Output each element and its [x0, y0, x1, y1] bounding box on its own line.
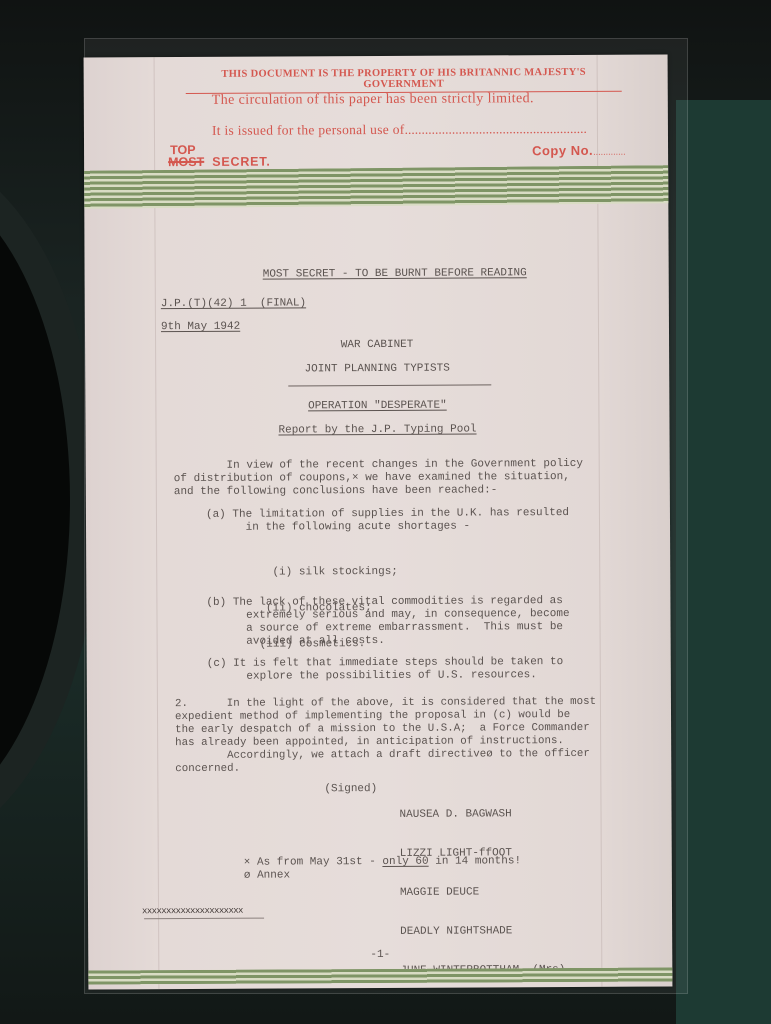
copy-blank: .............	[593, 147, 626, 157]
page-number: -1-	[88, 947, 672, 963]
issued-for-line: It is issued for the personal use of....…	[212, 121, 587, 139]
struck-out-underline	[144, 918, 264, 920]
circulation-notice: The circulation of this paper has been s…	[212, 91, 534, 109]
footnote-coupons: × As from May 31st - only 60 in 14 month…	[244, 855, 521, 869]
signatory: MAGGIE DEUCE	[400, 886, 565, 900]
background-panel	[676, 100, 771, 1024]
classification-secret: SECRET.	[212, 155, 270, 169]
copy-number: Copy No..............	[532, 143, 626, 158]
divider	[288, 384, 491, 386]
paragraph-c: (c) It is felt that immediate steps shou…	[207, 656, 564, 684]
org-name: WAR CABINET	[85, 337, 669, 353]
document-date: 9th May 1942	[161, 321, 240, 334]
document-page: THIS DOCUMENT IS THE PROPERTY OF HIS BRI…	[84, 54, 673, 989]
background-shadow	[0, 180, 70, 820]
header-stripes	[84, 165, 668, 209]
paragraph-2: 2. In the light of the above, it is cons…	[175, 696, 597, 776]
list-item: (i) silk stockings;	[256, 566, 398, 579]
report-byline: Report by the J.P. Typing Pool	[278, 423, 476, 436]
property-notice: THIS DOCUMENT IS THE PROPERTY OF HIS BRI…	[186, 67, 622, 94]
footnote-annex: ø Annex	[244, 869, 290, 882]
banner-most-secret: MOST SECRET - TO BE BURNT BEFORE READING	[263, 267, 527, 281]
operation-title: OPERATION "DESPERATE"	[308, 400, 447, 413]
document-reference: J.P.(T)(42) 1 (FINAL)	[161, 297, 306, 311]
classification-struck: MOST	[168, 155, 204, 169]
signed-label: (Signed)	[324, 783, 377, 796]
signatory: DEADLY NIGHTSHADE	[400, 925, 565, 939]
intro-paragraph: In view of the recent changes in the Gov…	[174, 458, 583, 499]
issued-for-blank: ........................................…	[405, 121, 587, 137]
committee-name: JOINT PLANNING TYPISTS	[85, 361, 669, 377]
copy-label: Copy No.	[532, 143, 593, 158]
paragraph-b: (b) The lack of these vital commodities …	[206, 595, 569, 649]
footer-stripes	[88, 967, 672, 984]
struck-out-line: xxxxxxxxxxxxxxxxxxxxx	[142, 905, 243, 919]
signatory: NAUSEA D. BAGWASH	[400, 808, 565, 822]
issued-for-label: It is issued for the personal use of	[212, 122, 405, 138]
paragraph-a: (a) The limitation of supplies in the U.…	[206, 507, 569, 535]
